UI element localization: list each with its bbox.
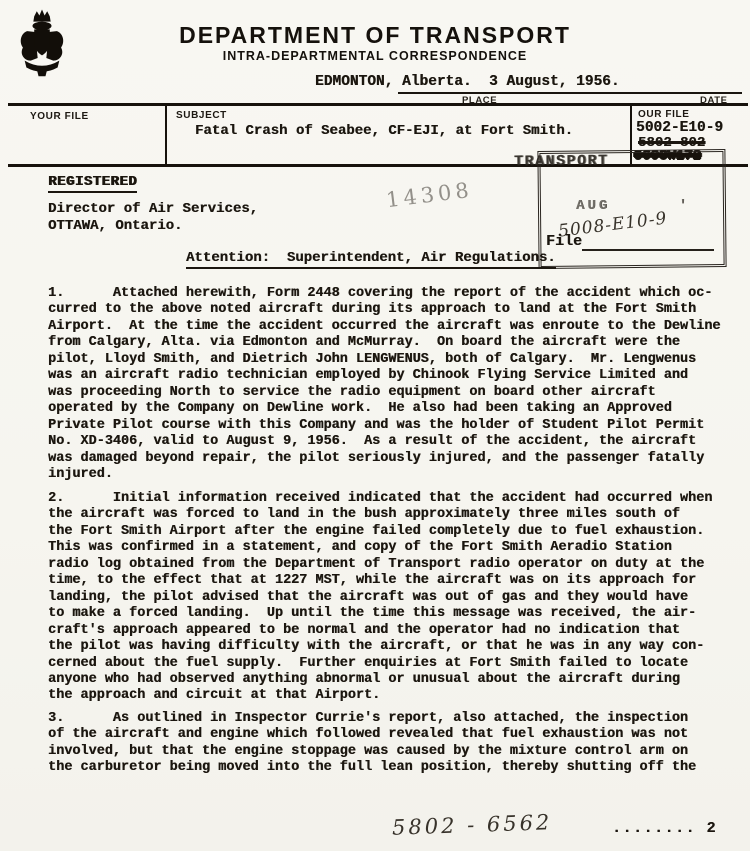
our-file-label: OUR FILE <box>638 109 689 120</box>
place-date-underline <box>398 92 742 94</box>
page-continuation-indicator: ........ 2 <box>612 820 717 837</box>
place-date-line: EDMONTON, Alberta. 3 August, 1956. <box>315 74 620 90</box>
body-paragraph-1: 1. Attached herewith, Form 2448 covering… <box>48 286 748 483</box>
received-stamp-number: 14308 <box>385 178 474 212</box>
column-divider-left <box>165 106 167 164</box>
body-paragraph-3: 3. As outlined in Inspector Currie's rep… <box>48 711 748 777</box>
your-file-label: YOUR FILE <box>30 111 89 122</box>
stamp-file-blank-line <box>582 249 714 251</box>
attention-line: Attention: Superintendent, Air Regulatio… <box>186 250 556 269</box>
registered-label: REGISTERED <box>48 174 137 193</box>
document-page: DEPARTMENT OF TRANSPORT INTRA-DEPARTMENT… <box>0 0 750 851</box>
address-line-1: Director of Air Services, <box>48 201 258 217</box>
header-rule-top <box>8 103 748 106</box>
correspondence-subtitle: INTRA-DEPARTMENTAL CORRESPONDENCE <box>0 49 750 63</box>
subject-label: SUBJECT <box>176 110 227 121</box>
stamp-file-label: File <box>546 233 582 250</box>
subject-text: Fatal Crash of Seabee, CF-EJI, at Fort S… <box>195 123 573 139</box>
handwritten-file-number: 5802 - 6562 <box>392 810 553 840</box>
address-line-2: OTTAWA, Ontario. <box>48 218 182 234</box>
stamp-transport-text: TRANSPORT <box>514 153 609 171</box>
body-paragraph-2: 2. Initial information received indicate… <box>48 491 748 705</box>
department-title: DEPARTMENT OF TRANSPORT <box>0 22 750 49</box>
our-file-number: 5002-E10-9 <box>636 120 723 136</box>
